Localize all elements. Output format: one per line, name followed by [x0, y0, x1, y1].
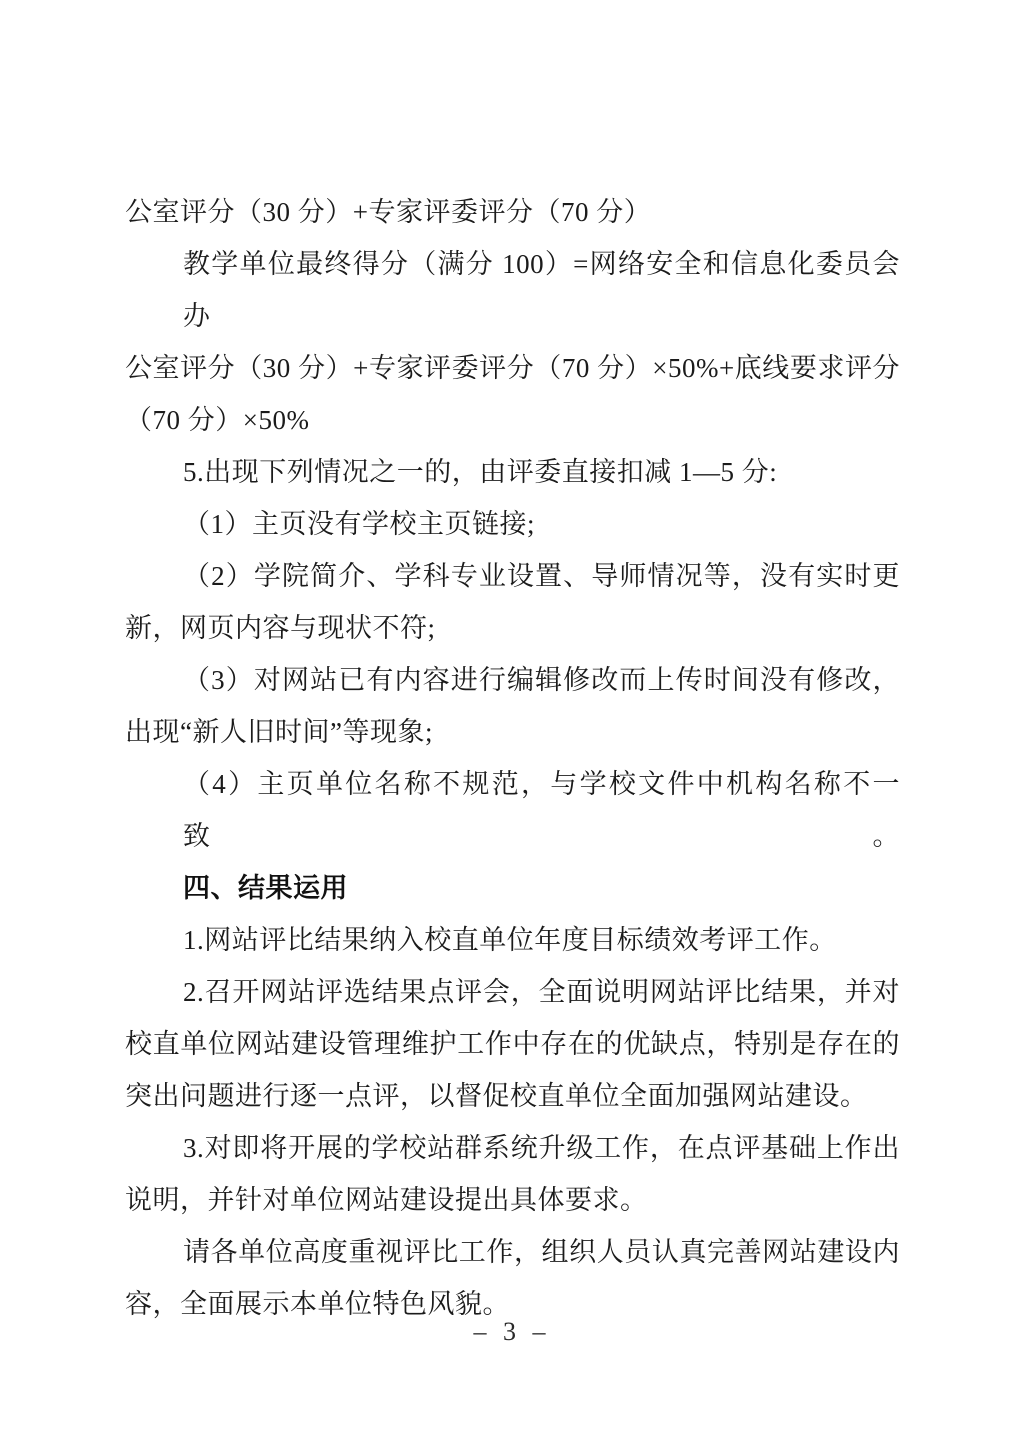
text-line: 1.网站评比结果纳入校直单位年度目标绩效考评工作。: [125, 914, 900, 966]
section-heading: 四、结果运用: [125, 862, 900, 914]
text-line: 请各单位高度重视评比工作，组织人员认真完善网站建设内: [125, 1226, 900, 1278]
text-line: 公室评分（30 分）+专家评委评分（70 分）×50%+底线要求评分: [125, 342, 900, 394]
document-page: 公室评分（30 分）+专家评委评分（70 分） 教学单位最终得分（满分 100）…: [0, 0, 1024, 1448]
document-body: 公室评分（30 分）+专家评委评分（70 分） 教学单位最终得分（满分 100）…: [125, 186, 900, 1330]
text-line: 突出问题进行逐一点评，以督促校直单位全面加强网站建设。: [125, 1070, 900, 1122]
text-line: 出现“新人旧时间”等现象;: [125, 706, 900, 758]
text-line: （3）对网站已有内容进行编辑修改而上传时间没有修改，: [125, 654, 900, 706]
text-line: 5.出现下列情况之一的，由评委直接扣减 1—5 分:: [125, 446, 900, 498]
text-line: 新，网页内容与现状不符;: [125, 602, 900, 654]
page-number: – 3 –: [474, 1317, 551, 1346]
text-line: （2）学院简介、学科专业设置、导师情况等，没有实时更: [125, 550, 900, 602]
text-line: （1）主页没有学校主页链接;: [125, 498, 900, 550]
text-line: 公室评分（30 分）+专家评委评分（70 分）: [125, 186, 900, 238]
text-line: 教学单位最终得分（满分 100）=网络安全和信息化委员会办: [125, 238, 900, 342]
page-footer: – 3 –: [0, 1312, 1024, 1352]
text-line: 说明，并针对单位网站建设提出具体要求。: [125, 1174, 900, 1226]
text-line: 校直单位网站建设管理维护工作中存在的优缺点，特别是存在的: [125, 1018, 900, 1070]
text-line: （4）主页单位名称不规范，与学校文件中机构名称不一致。: [125, 758, 900, 862]
text-line: 2.召开网站评选结果点评会，全面说明网站评比结果，并对: [125, 966, 900, 1018]
text-line: 3.对即将开展的学校站群系统升级工作，在点评基础上作出: [125, 1122, 900, 1174]
text-line: （70 分）×50%: [125, 394, 900, 446]
